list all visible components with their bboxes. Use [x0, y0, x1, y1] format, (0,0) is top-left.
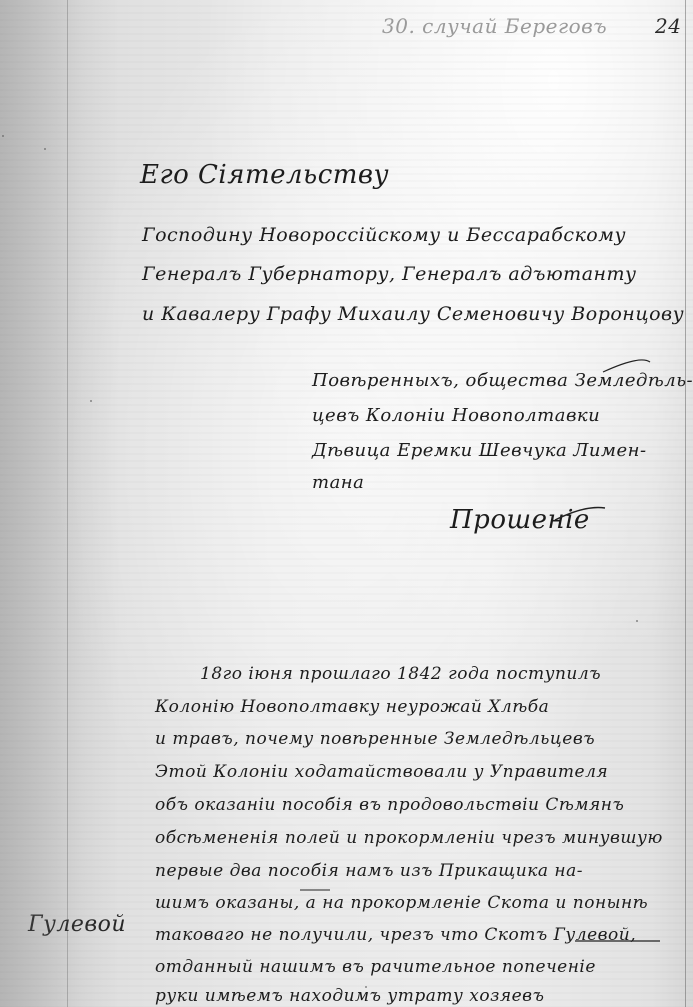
paper-speck — [365, 986, 367, 988]
paper-speck — [2, 135, 4, 137]
paper-speck — [178, 1000, 180, 1002]
pen-flourishes — [0, 0, 693, 1007]
paper-speck — [636, 620, 638, 622]
document-page: 30. случай Береговъ 24 Его Сіятельству Г… — [0, 0, 693, 1007]
paper-speck — [90, 400, 92, 402]
paper-speck — [44, 148, 46, 150]
